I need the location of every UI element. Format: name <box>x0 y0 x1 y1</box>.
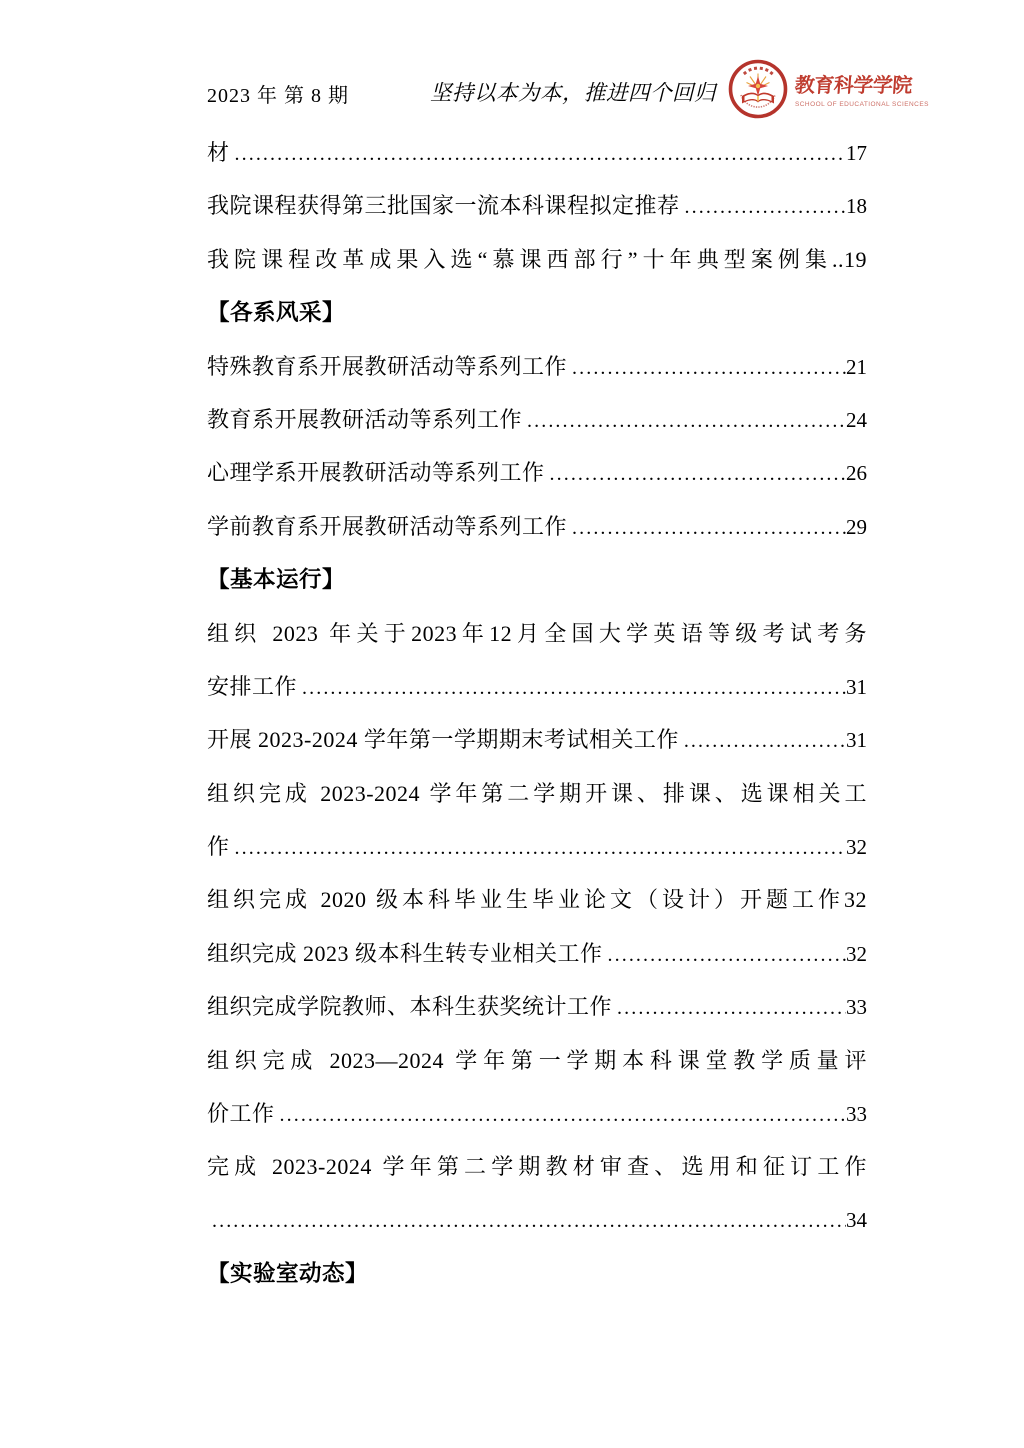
toc-page-number: 31 <box>846 714 867 767</box>
dot-leader: ........................................… <box>230 128 846 181</box>
toc-entry-text: 组织完成 2023-2024 学年第二学期开课、排课、选课相关工 <box>207 767 867 820</box>
toc-entry: 心理学系开展教研活动等系列工作.........................… <box>207 446 867 499</box>
toc-entry: 安排工作....................................… <box>207 660 867 713</box>
toc-entry-text: 完成 2023-2024 学年第二学期教材审查、选用和征订工作 <box>207 1140 867 1193</box>
toc-entry: 价工作.....................................… <box>207 1087 867 1140</box>
toc-entry: 组织完成 2023 级本科生转专业相关工作...................… <box>207 927 867 980</box>
school-name-en: SCHOOL OF EDUCATIONAL SCIENCES <box>795 101 929 108</box>
dot-leader: ........................................… <box>230 822 846 875</box>
document-page: 2023 年 第 8 期 坚持以本为本，推进四个回归 <box>0 0 1024 1448</box>
toc-entry: 特殊教育系开展教研活动等系列工作........................… <box>207 340 867 393</box>
toc-entry: 组织完成 2023—2024 学年第一学期本科课堂教学质量评 <box>207 1034 867 1087</box>
toc-page-number: 33 <box>846 1088 867 1141</box>
toc-page-number: 17 <box>846 127 867 180</box>
toc-entry-text: 组织完成 2020 级本科毕业生毕业论文（设计）开题工作32 <box>207 873 867 926</box>
toc-section-heading: 【实验室动态】 <box>207 1247 867 1300</box>
toc-entry-text: 价工作 <box>207 1087 275 1140</box>
toc-section-heading: 【基本运行】 <box>207 553 867 606</box>
toc-page-number: 31 <box>846 661 867 714</box>
toc-entry-text: 特殊教育系开展教研活动等系列工作 <box>207 340 567 393</box>
toc-entry: 我院课程改革成果入选“慕课西部行”十年典型案例集..19 <box>207 233 867 286</box>
toc-entry-text: 组织完成 2023—2024 学年第一学期本科课堂教学质量评 <box>207 1034 867 1087</box>
toc-entry-text: 作 <box>207 820 230 873</box>
school-name-block: 教育科学学院 SCHOOL OF EDUCATIONAL SCIENCES <box>795 59 929 108</box>
issue-label: 2023 年 第 8 期 <box>207 79 349 108</box>
toc-entry-text: 组织完成 2023 级本科生转专业相关工作 <box>207 927 603 980</box>
school-seal-icon <box>728 59 788 119</box>
toc-entry: ........................................… <box>207 1194 867 1247</box>
dot-leader: ........................................… <box>603 929 846 982</box>
toc-page-number: 18 <box>846 180 867 233</box>
toc-page-number: 24 <box>846 394 867 447</box>
toc-entry: 作.......................................… <box>207 820 867 873</box>
toc-page-number: 26 <box>846 447 867 500</box>
header-motto: 坚持以本为本，推进四个回归 <box>430 76 716 107</box>
toc-entry: 完成 2023-2024 学年第二学期教材审查、选用和征订工作 <box>207 1140 867 1193</box>
toc-entry: 开展 2023-2024 学年第一学期期末考试相关工作.............… <box>207 713 867 766</box>
toc-entry-text: 心理学系开展教研活动等系列工作 <box>207 446 545 499</box>
toc-entry: 材.......................................… <box>207 126 867 179</box>
toc-page-number: 32 <box>846 928 867 981</box>
dot-leader: ........................................… <box>545 448 846 501</box>
toc: 材.......................................… <box>207 126 867 1301</box>
toc-entry: 学前教育系开展教研活动等系列工作........................… <box>207 500 867 553</box>
toc-section-heading: 【各系风采】 <box>207 286 867 339</box>
toc-entry-text: 我院课程改革成果入选“慕课西部行”十年典型案例集..19 <box>207 233 867 286</box>
dot-leader: ........................................… <box>297 662 846 715</box>
school-logo: 教育科学学院 SCHOOL OF EDUCATIONAL SCIENCES <box>728 59 929 119</box>
toc-page-number: 32 <box>846 821 867 874</box>
toc-entry-text: 教育系开展教研活动等系列工作 <box>207 393 522 446</box>
toc-page-number: 34 <box>846 1194 867 1247</box>
toc-entry: 教育系开展教研活动等系列工作..........................… <box>207 393 867 446</box>
toc-entry-text: 我院课程获得第三批国家一流本科课程拟定推荐 <box>207 179 680 232</box>
toc-entry-text: 学前教育系开展教研活动等系列工作 <box>207 500 567 553</box>
toc-entry: 组织 2023 年关于2023年12月全国大学英语等级考试考务 <box>207 607 867 660</box>
toc-entry-text: 材 <box>207 126 230 179</box>
toc-entry: 我院课程获得第三批国家一流本科课程拟定推荐...................… <box>207 179 867 232</box>
dot-leader: ........................................… <box>275 1089 846 1142</box>
dot-leader: ........................................… <box>567 342 846 395</box>
dot-leader: ........................................… <box>207 1195 846 1248</box>
toc-entry-text: 组织完成学院教师、本科生获奖统计工作 <box>207 980 612 1033</box>
school-name-cn: 教育科学学院 <box>794 69 930 98</box>
dot-leader: ........................................… <box>679 715 846 768</box>
toc-entry-text: 组织 2023 年关于2023年12月全国大学英语等级考试考务 <box>207 607 867 660</box>
toc-entry: 组织完成学院教师、本科生获奖统计工作......................… <box>207 980 867 1033</box>
toc-entry: 组织完成 2023-2024 学年第二学期开课、排课、选课相关工 <box>207 767 867 820</box>
toc-entry-text: 开展 2023-2024 学年第一学期期末考试相关工作 <box>207 713 679 766</box>
dot-leader: ........................................… <box>612 982 846 1035</box>
dot-leader: ........................................… <box>680 181 846 234</box>
toc-page-number: 21 <box>846 341 867 394</box>
toc-entry: 组织完成 2020 级本科毕业生毕业论文（设计）开题工作32 <box>207 873 867 926</box>
dot-leader: ........................................… <box>522 395 846 448</box>
toc-page-number: 29 <box>846 501 867 554</box>
toc-page-number: 33 <box>846 981 867 1034</box>
dot-leader: ........................................… <box>567 502 846 555</box>
toc-entry-text: 安排工作 <box>207 660 297 713</box>
